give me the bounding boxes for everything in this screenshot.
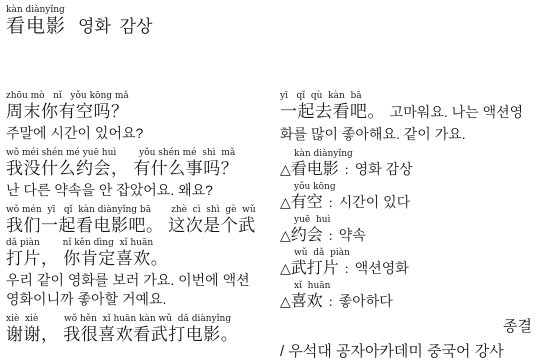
page-title: 看电影영화 감상 bbox=[6, 15, 536, 39]
vocab-entry: △武打片:액션영화 bbox=[280, 258, 536, 280]
reply-line-zh: yī qǐ qù kàn bā 一起去看吧。 고마워요. 나는 액션영 bbox=[280, 91, 536, 123]
reply-korean-part1: 고마워요. 나는 액션영 bbox=[390, 104, 523, 120]
hanzi-text: 我们一起看电影吧。 这次是个武 bbox=[6, 215, 272, 236]
dialogue-column: zhōu mò nǐ yǒu kōng mǎ 周末你有空吗？ 주말에 시간이 있… bbox=[6, 91, 272, 361]
korean-translation: 난 다른 약속을 안 잡았어요. 왜요? bbox=[6, 181, 272, 200]
title-hanzi: 看电影 bbox=[6, 16, 66, 37]
vocab-separator: : bbox=[329, 295, 333, 310]
hanzi-text: 谢谢， 我很喜欢看武打电影。 bbox=[6, 324, 272, 345]
dialogue-line-zh: xiè xiè wǒ hěn xǐ huān kàn wǔ dǎ diànyǐn… bbox=[6, 314, 272, 345]
vocab-hanzi: 看电影 bbox=[291, 161, 339, 178]
vocab-hanzi: 喜欢 bbox=[291, 293, 323, 310]
vocab-entry: △约会:약속 bbox=[280, 225, 536, 247]
vocab-korean: 약속 bbox=[339, 227, 366, 243]
hanzi-text: 打片， 你肯定喜欢。 bbox=[6, 248, 272, 269]
korean-translation: 영화이니까 좋아할 거예요. bbox=[6, 290, 272, 309]
vocab-row: xǐ huān △喜欢:좋아하다 bbox=[280, 281, 536, 313]
vocab-pinyin: kàn diànyǐng bbox=[294, 149, 536, 159]
vocab-pinyin: wǔ dǎ piàn bbox=[294, 248, 536, 258]
vocab-korean: 시간이 있다 bbox=[339, 194, 411, 210]
status-label: 종결 bbox=[280, 317, 536, 336]
triangle-marker-icon: △ bbox=[280, 262, 291, 277]
title-block: kàn diànyǐng 看电影영화 감상 bbox=[6, 5, 536, 39]
vocab-korean: 좋아하다 bbox=[339, 293, 393, 309]
vocab-pinyin: yuē huì bbox=[294, 215, 536, 225]
vocab-pinyin: xǐ huān bbox=[294, 281, 536, 291]
hanzi-text: 我没什么约会， 有什么事吗？ bbox=[6, 158, 272, 179]
triangle-marker-icon: △ bbox=[280, 163, 291, 178]
vocab-pinyin: yǒu kōng bbox=[294, 182, 536, 192]
vocab-entry: △看电影:영화 감상 bbox=[280, 159, 536, 181]
dialogue-line-zh: wǒ mén yī qǐ kàn diànyǐng bā zhè cì shì … bbox=[6, 205, 272, 236]
hanzi-text: 周末你有空吗？ bbox=[6, 101, 272, 122]
vocab-row: yǒu kōng △有空:시간이 있다 bbox=[280, 182, 536, 214]
triangle-marker-icon: △ bbox=[280, 229, 291, 244]
vocab-separator: : bbox=[345, 262, 349, 277]
dialogue-line-zh: zhōu mò nǐ yǒu kōng mǎ 周末你有空吗？ bbox=[6, 91, 272, 122]
hanzi-text: 一起去看吧。 고마워요. 나는 액션영 bbox=[280, 101, 536, 123]
vocab-separator: : bbox=[345, 163, 349, 178]
vocab-korean: 영화 감상 bbox=[355, 161, 413, 177]
vocab-hanzi: 有空 bbox=[291, 194, 323, 211]
title-korean: 영화 감상 bbox=[78, 17, 152, 36]
vocab-entry: △有空:시간이 있다 bbox=[280, 192, 536, 214]
vocab-column: yī qǐ qù kàn bā 一起去看吧。 고마워요. 나는 액션영 화를 많… bbox=[272, 91, 536, 361]
content-columns: zhōu mò nǐ yǒu kōng mǎ 周末你有空吗？ 주말에 시간이 있… bbox=[6, 91, 536, 361]
vocab-row: yuē huì △约会:약속 bbox=[280, 215, 536, 247]
pinyin-annotation: yī qǐ qù kàn bā bbox=[280, 91, 536, 101]
vocab-korean: 액션영화 bbox=[355, 260, 409, 276]
vocab-hanzi: 约会 bbox=[291, 227, 323, 244]
pinyin-annotation: zhōu mò nǐ yǒu kōng mǎ bbox=[6, 91, 272, 101]
pinyin-annotation: wǒ méi shén mé yuē huì yǒu shén mé shì m… bbox=[6, 148, 272, 158]
pinyin-annotation: dǎ piàn nǐ kěn dìng xǐ huān bbox=[6, 238, 272, 248]
dialogue-line-zh: dǎ piàn nǐ kěn dìng xǐ huān 打片， 你肯定喜欢。 bbox=[6, 238, 272, 269]
pinyin-annotation: wǒ mén yī qǐ kàn diànyǐng bā zhè cì shì … bbox=[6, 205, 272, 215]
pinyin-annotation: xiè xiè wǒ hěn xǐ huān kàn wǔ dǎ diànyǐn… bbox=[6, 314, 272, 324]
korean-translation: 주말에 시간이 있어요? bbox=[6, 124, 272, 143]
vocab-row: kàn diànyǐng △看电影:영화 감상 bbox=[280, 149, 536, 181]
dialogue-line-zh: wǒ méi shén mé yuē huì yǒu shén mé shì m… bbox=[6, 148, 272, 179]
triangle-marker-icon: △ bbox=[280, 196, 291, 211]
instructor-credit: / 우석대 공자아카데미 중국어 강사 bbox=[280, 342, 536, 361]
triangle-marker-icon: △ bbox=[280, 295, 291, 310]
worksheet-page: kàn diànyǐng 看电影영화 감상 zhōu mò nǐ yǒu kōn… bbox=[0, 0, 540, 361]
vocab-separator: : bbox=[329, 196, 333, 211]
vocab-entry: △喜欢:좋아하다 bbox=[280, 291, 536, 313]
title-pinyin: kàn diànyǐng bbox=[6, 5, 536, 15]
vocab-row: wǔ dǎ piàn △武打片:액션영화 bbox=[280, 248, 536, 280]
reply-hanzi: 一起去看吧。 bbox=[280, 102, 390, 121]
vocab-separator: : bbox=[329, 229, 333, 244]
korean-translation: 우리 같이 영화를 보러 가요. 이번에 액션 bbox=[6, 271, 272, 290]
vocab-hanzi: 武打片 bbox=[291, 260, 339, 277]
reply-korean-part2: 화를 많이 좋아해요. 같이 가요. bbox=[280, 125, 536, 144]
